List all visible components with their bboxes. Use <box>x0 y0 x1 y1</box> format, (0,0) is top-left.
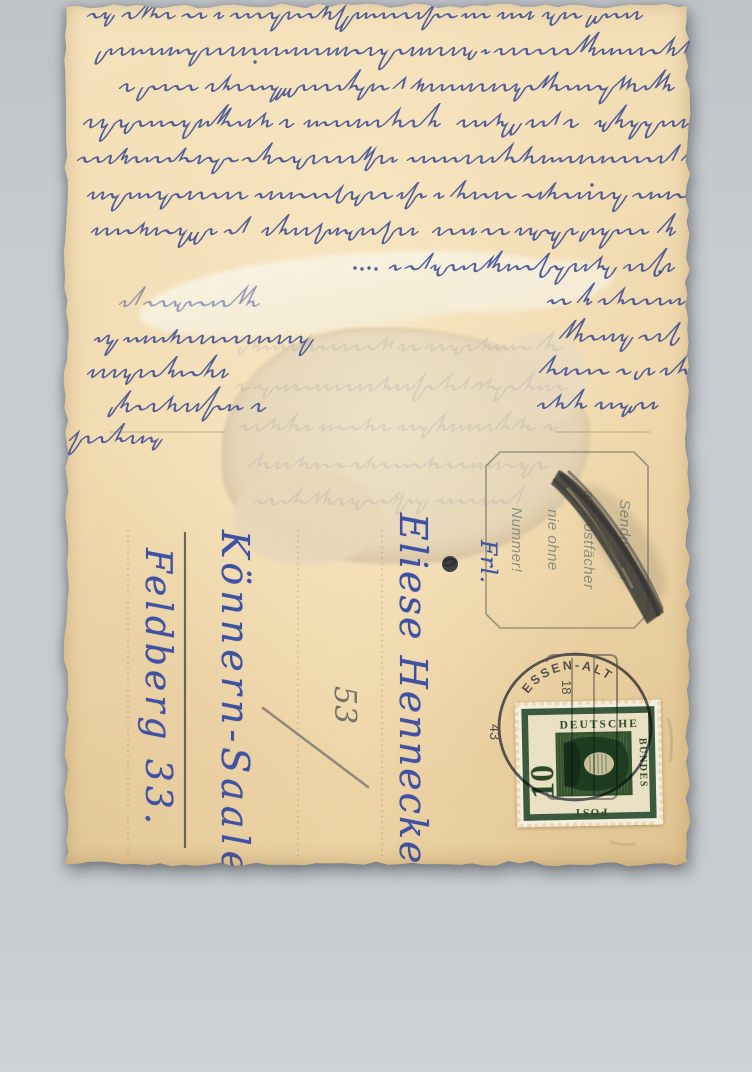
pencil-marks <box>62 2 692 868</box>
postcard: Frl. Eliese Hennecke Könnern-Saale Feldb… <box>62 2 692 868</box>
scanned-postcard-photo: { "scene": { "background_color": "#c8ccc… <box>0 0 752 1072</box>
pencil-note: 53 <box>327 686 362 724</box>
postcard-wrapper: Frl. Eliese Hennecke Könnern-Saale Feldb… <box>62 2 692 868</box>
